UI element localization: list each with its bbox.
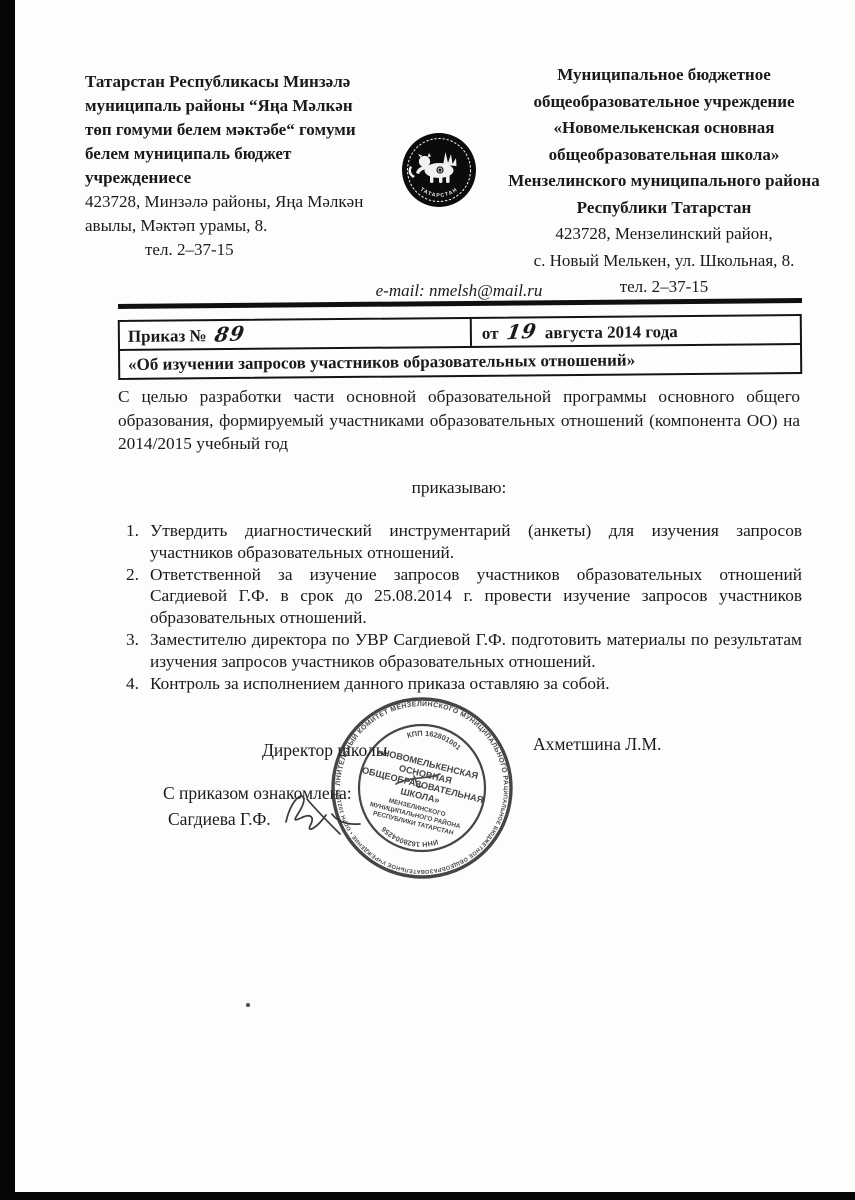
handwritten-order-day: 19 <box>501 318 543 345</box>
org-header-tatar: Татарстан Республикасы Минзәлә муниципал… <box>85 70 405 262</box>
item-text: Ответственной за изучение запросов участ… <box>150 564 802 629</box>
org-name-line: Мензелинского муниципального района <box>490 168 838 195</box>
org-name-line: Муниципальное бюджетное <box>490 62 838 89</box>
tatarstan-coat-of-arms-icon: ТАТАРСТАН <box>393 124 485 216</box>
intro-paragraph: С целью разработки части основной образо… <box>118 385 800 456</box>
order-number-label: Приказ № <box>128 326 207 346</box>
org-name-tatar-line: Татарстан Республикасы Минзәлә <box>85 70 405 94</box>
scan-edge-bottom <box>0 1192 855 1200</box>
org-phone-tatar: тел. 2–37-15 <box>85 238 405 262</box>
order-date-prefix: от <box>482 324 499 343</box>
acknowledgement-name: Сагдиева Г.Ф. <box>168 809 271 830</box>
org-name-line: «Новомелькенская основная <box>490 115 838 142</box>
org-address-line: 423728, Мензелинский район, <box>490 221 838 248</box>
org-address-line: с. Новый Мелькен, ул. Школьная, 8. <box>490 248 838 275</box>
org-name-tatar-line: учреждениесе <box>85 166 405 190</box>
list-item: 1. Утвердить диагностический инструмента… <box>118 520 802 564</box>
order-number-cell: Приказ № 89 <box>120 319 472 349</box>
org-header-russian: Муниципальное бюджетное общеобразователь… <box>490 62 838 301</box>
order-subject-cell: «Об изучении запросов участников образов… <box>120 345 800 378</box>
item-number: 1. <box>118 520 150 564</box>
item-text: Утвердить диагностический инструментарий… <box>150 520 802 564</box>
order-items-list: 1. Утвердить диагностический инструмента… <box>118 520 802 694</box>
order-date-rest: августа 2014 года <box>545 322 678 342</box>
org-address-tatar-line: 423728, Минзәлә районы, Яңа Мәлкән <box>85 190 405 214</box>
org-name-line: общеобразовательная школа» <box>490 142 838 169</box>
scan-edge-left <box>0 0 15 1200</box>
scanned-order-document: Татарстан Республикасы Минзәлә муниципал… <box>0 0 855 1200</box>
list-item: 3. Заместителю директора по УВР Сагдиево… <box>118 629 802 673</box>
item-number: 3. <box>118 629 150 673</box>
item-text: Заместителю директора по УВР Сагдиевой Г… <box>150 629 802 673</box>
org-name-line: общеобразовательное учреждение <box>490 89 838 116</box>
decree-word: приказываю: <box>118 478 800 498</box>
item-number: 2. <box>118 564 150 629</box>
director-name: Ахметшина Л.М. <box>533 734 661 755</box>
handwritten-order-number: 89 <box>209 321 251 348</box>
official-round-stamp: ИСПОЛНИТЕЛЬНЫЙ КОМИТЕТ МЕНЗЕЛИНСКОГО МУН… <box>326 692 518 884</box>
stamp-kpp-text: КПП 162801001 <box>404 723 465 753</box>
org-address-tatar-line: авылы, Мәктәп урамы, 8. <box>85 214 405 238</box>
org-name-tatar-line: белем муниципаль бюджет <box>85 142 405 166</box>
scan-speck <box>246 1003 250 1007</box>
item-number: 4. <box>118 673 150 695</box>
org-name-line: Республики Татарстан <box>490 195 838 222</box>
svg-text:КПП 162801001: КПП 162801001 <box>404 723 465 753</box>
list-item: 2. Ответственной за изучение запросов уч… <box>118 564 802 629</box>
order-header-table: Приказ № 89 от 19 августа 2014 года «Об … <box>118 314 802 380</box>
org-name-tatar-line: муниципаль районы “Яңа Мәлкән <box>85 94 405 118</box>
org-name-tatar-line: төп гомуми белем мәктәбе“ гомуми <box>85 118 405 142</box>
order-date-cell: от 19 августа 2014 года <box>472 316 800 346</box>
